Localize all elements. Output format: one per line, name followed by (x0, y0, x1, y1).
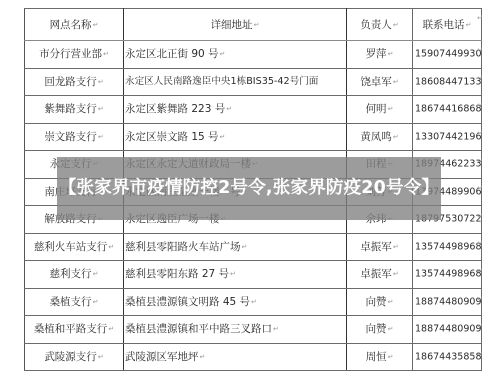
cell-person: 周恒↵ (347, 343, 413, 371)
row-end-mark: ↵ (477, 101, 483, 109)
header-phone: 联系电话↵ (413, 9, 482, 41)
cell-address: 桑植县澧源镇和平中路三叉路口↵ (124, 316, 347, 344)
cell-branch-name: 慈利火车站支行↵ (25, 233, 124, 261)
row-end-mark: ↵ (477, 157, 483, 165)
cell-person: 卓振军↵ (347, 261, 413, 289)
cell-person: 黄凤鸣↵ (347, 123, 413, 151)
row-end-mark: ↵ (477, 129, 483, 137)
row-end-mark: ↵ (477, 212, 483, 220)
cell-person: 罗萍↵ (347, 41, 413, 69)
header-person: 负责人↵ (347, 9, 413, 41)
table-row: 慈利火车站支行↵ 慈利县零阳路火车站广场↵ 卓振军↵ 13574498968↵ (25, 233, 482, 261)
table-row: 桑植支行↵ 桑植县澧源镇文明路 45 号↵ 向赞↵ 18874480909↵ (25, 288, 482, 316)
table-row: 慈利支行↵ 慈利县零阳东路 27 号↵ 卓振军↵ 13574498968↵ (25, 261, 482, 289)
header-branch-name: 网点名称↵ (25, 9, 124, 41)
table-row: 市分行营业部↵ 永定区北正街 90 号↵ 罗萍↵ 15907449930↵ (25, 41, 482, 69)
row-end-mark: ↵ (477, 322, 483, 330)
row-end-mark: ↵ (477, 295, 483, 303)
table-row: 武陵源支行↵ 武陵源区军地坪↵ 周恒↵ 18674435858↵ (25, 343, 482, 371)
table-row: 崇文路支行↵ 永定区崇文路 15 号↵ 黄凤鸣↵ 13307442196↵ (25, 123, 482, 151)
row-end-mark: ↵ (477, 74, 483, 82)
row-end-mark: ↵ (477, 239, 483, 247)
cell-phone: 15907449930↵ (413, 41, 482, 69)
cell-phone: 18874480909↵ (413, 288, 482, 316)
cell-phone: 18874480909↵ (413, 316, 482, 344)
cell-address: 永定区北正街 90 号↵ (124, 41, 347, 69)
title-overlay-banner: 【张家界市疫情防控2号令,张家界防疫20号令】 (57, 157, 441, 220)
row-end-mark: ↵ (477, 14, 483, 22)
row-end-mark: ↵ (477, 184, 483, 192)
cell-branch-name: 市分行营业部↵ (25, 41, 124, 69)
cell-person: 向赞↵ (347, 288, 413, 316)
cell-branch-name: 崇文路支行↵ (25, 123, 124, 151)
cell-branch-name: 慈利支行↵ (25, 261, 124, 289)
table-header-row: 网点名称↵ 详细地址↵ 负责人↵ 联系电话↵ (25, 9, 482, 41)
cell-branch-name: 武陵源支行↵ (25, 343, 124, 371)
cell-person: 卓振军↵ (347, 233, 413, 261)
cell-branch-name: 回龙路支行↵ (25, 68, 124, 96)
row-end-mark: ↵ (477, 267, 483, 275)
cell-phone: 13307442196↵ (413, 123, 482, 151)
cell-phone: 13574498968↵ (413, 261, 482, 289)
cell-phone: 13574498968↵ (413, 233, 482, 261)
cell-address: 永定区紫舞路 223 号↵ (124, 96, 347, 124)
header-address: 详细地址↵ (124, 9, 347, 41)
cell-phone: 18608447133↵ (413, 68, 482, 96)
row-end-mark: ↵ (477, 350, 483, 358)
cell-branch-name: 桑植和平路支行↵ (25, 316, 124, 344)
cell-branch-name: 桑植支行↵ (25, 288, 124, 316)
overlay-title: 【张家界市疫情防控2号令,张家界防疫20号令】 (57, 178, 441, 199)
table-row: 桑植和平路支行↵ 桑植县澧源镇和平中路三叉路口↵ 向赞↵ 18874480909… (25, 316, 482, 344)
cell-person: 饶卓军↵ (347, 68, 413, 96)
cell-address: 永定区人民南路逸臣中央1栋BIS35-42号门面 (124, 68, 347, 96)
cell-branch-name: 紫舞路支行↵ (25, 96, 124, 124)
table-row: 紫舞路支行↵ 永定区紫舞路 223 号↵ 何明↵ 18674416868↵ (25, 96, 482, 124)
cell-address: 永定区崇文路 15 号↵ (124, 123, 347, 151)
table-row: 回龙路支行↵ 永定区人民南路逸臣中央1栋BIS35-42号门面 饶卓军↵ 186… (25, 68, 482, 96)
cell-address: 武陵源区军地坪↵ (124, 343, 347, 371)
cell-address: 慈利县零阳路火车站广场↵ (124, 233, 347, 261)
cell-person: 何明↵ (347, 96, 413, 124)
cell-person: 向赞↵ (347, 316, 413, 344)
row-end-mark: ↵ (477, 46, 483, 54)
cell-phone: 18674435858↵ (413, 343, 482, 371)
cell-address: 慈利县零阳东路 27 号↵ (124, 261, 347, 289)
cell-address: 桑植县澧源镇文明路 45 号↵ (124, 288, 347, 316)
cell-phone: 18674416868↵ (413, 96, 482, 124)
